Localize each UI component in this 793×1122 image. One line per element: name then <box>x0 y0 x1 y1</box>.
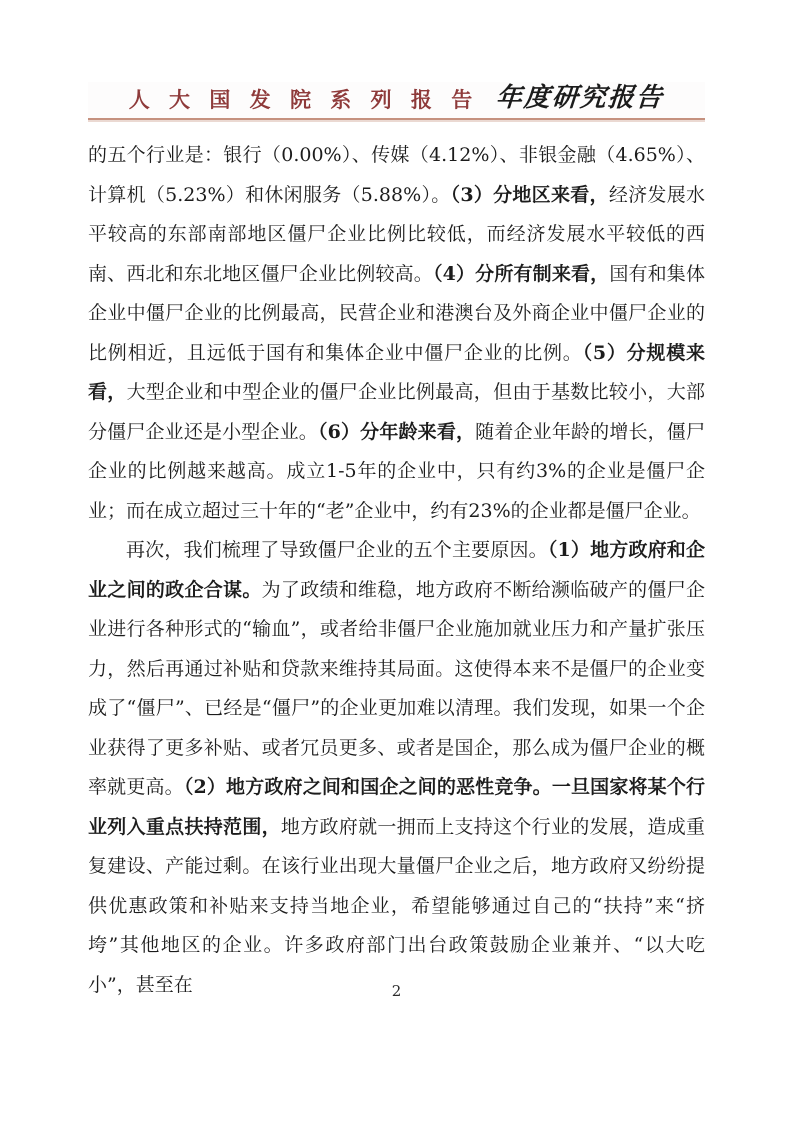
report-series-title: 人 大 国 发 院 系 列 报 告 <box>129 84 479 114</box>
text-run-bold: （3）分地区来看， <box>451 184 609 206</box>
page-header: 人 大 国 发 院 系 列 报 告 年度研究报告 <box>88 82 705 120</box>
page-number: 2 <box>0 982 793 1000</box>
text-run: 为了政绩和维稳，地方政府不断给濒临破产的僵尸企业进行各种形式的“输血”，或者给非… <box>88 579 705 799</box>
report-type-calligraphy: 年度研究报告 <box>495 77 666 114</box>
text-run-bold: （4）分所有制来看， <box>433 263 609 285</box>
text-run: 地方政府就一拥而上支持这个行业的发展，造成重复建设、产能过剩。在该行业出现大量僵… <box>88 816 705 996</box>
text-run: 再次，我们梳理了导致僵尸企业的五个主要原因。 <box>126 539 548 561</box>
document-page: 人 大 国 发 院 系 列 报 告 年度研究报告 的五个行业是：银行（0.00%… <box>0 0 793 1122</box>
paragraph: 再次，我们梳理了导致僵尸企业的五个主要原因。（1）地方政府和企业之间的政企合谋。… <box>88 531 705 1005</box>
text-run-bold: （6）分年龄来看， <box>318 421 475 443</box>
paragraph: 的五个行业是：银行（0.00%）、传媒（4.12%）、非银金融（4.65%）、计… <box>88 136 705 531</box>
document-body: 的五个行业是：银行（0.00%）、传媒（4.12%）、非银金融（4.65%）、计… <box>88 136 705 1005</box>
